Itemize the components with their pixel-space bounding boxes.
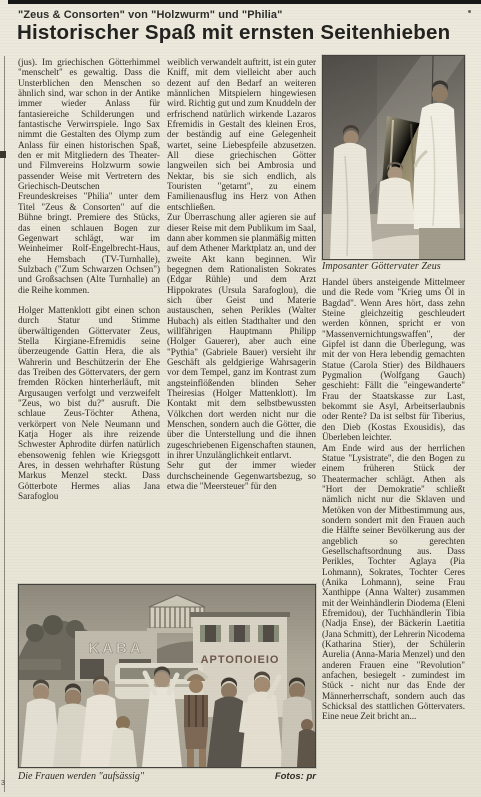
print-dot-artifact — [468, 10, 471, 13]
paragraph-lead: (jus). Im griechischen Götterhimmel "men… — [18, 57, 160, 295]
photo-tone-overlay — [19, 585, 315, 767]
photo-zeus-stage — [322, 55, 465, 260]
page-fold-line — [4, 56, 5, 792]
top-rule — [8, 0, 481, 4]
paragraph: Sehr gut der immer wieder durchscheinend… — [167, 460, 316, 491]
article-column-1: (jus). Im griechischen Götterhimmel "men… — [18, 57, 160, 577]
paragraph-cast: Holger Mattenklott gibt einen schon durc… — [18, 305, 160, 502]
women-photo-art: ΚΑΒΑ ΑΡΤΟΠΟΙΕΙΟ — [19, 585, 315, 767]
caption-women: Die Frauen werden "aufsässig" — [18, 771, 144, 782]
paragraph: weiblich verwandelt auftritt, ist ein gu… — [167, 57, 316, 212]
paragraph: Zur Überraschung aller agieren sie auf d… — [167, 212, 316, 460]
article-headline: Historischer Spaß mit ernsten Seitenhieb… — [17, 21, 450, 45]
zeus-photo-art — [323, 56, 464, 259]
bottom-caption-row: Die Frauen werden "aufsässig" Fotos: pr — [18, 771, 316, 782]
paragraph: Handel übers ansteigende Mittelmeer und … — [322, 277, 465, 443]
caption-zeus: Imposanter Göttervater Zeus — [322, 261, 467, 272]
article-kicker: "Zeus & Consorten" von "Holzwurm" und "P… — [18, 9, 282, 21]
photo-credit: Fotos: pr — [275, 771, 316, 782]
page-edge-mark: 3 — [1, 780, 5, 787]
page-edge-tick — [0, 151, 6, 158]
article-column-2: weiblich verwandelt auftritt, ist ein gu… — [167, 57, 316, 577]
article-column-3: Handel übers ansteigende Mittelmeer und … — [322, 277, 465, 793]
paragraph: Am Ende wird aus der herrlichen Statue "… — [322, 443, 465, 722]
photo-women-scene: ΚΑΒΑ ΑΡΤΟΠΟΙΕΙΟ — [18, 584, 316, 768]
